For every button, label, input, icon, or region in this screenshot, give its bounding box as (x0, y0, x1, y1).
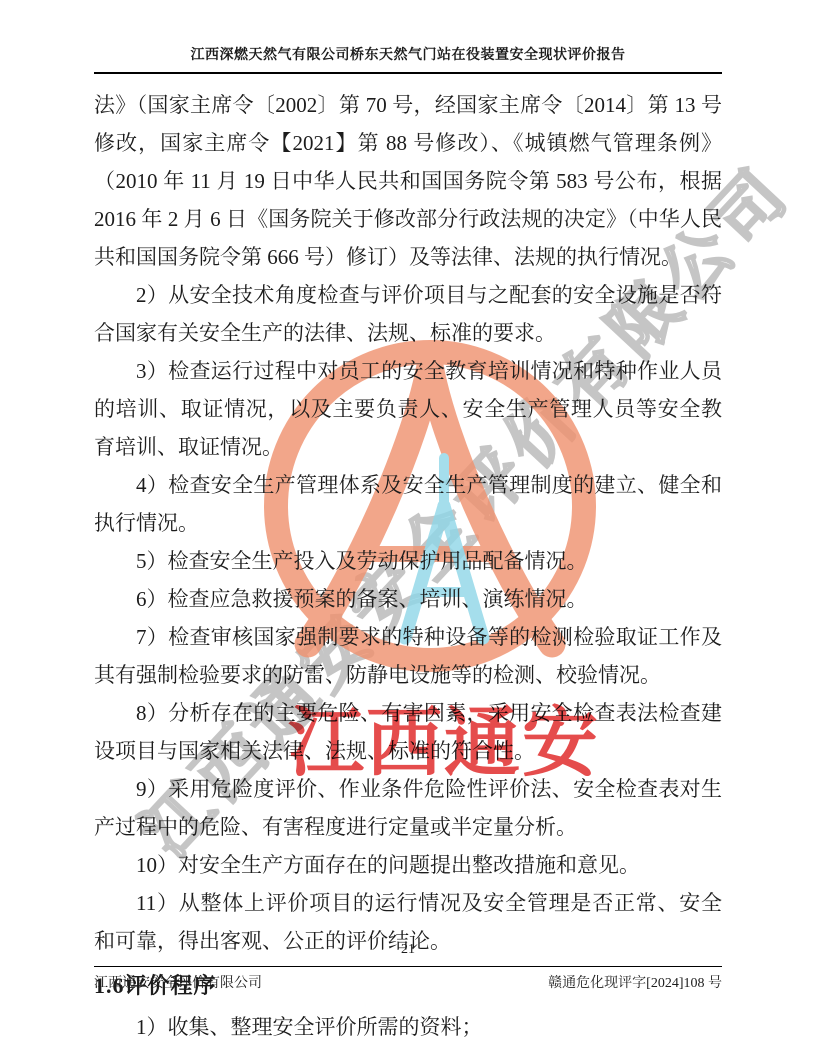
page-footer: 江西通安安全评价有限公司 赣通危化现评字[2024]108 号 (94, 966, 722, 992)
paragraph: 6）检查应急救援预案的备案、培训、演练情况。 (94, 580, 722, 618)
paragraph: 法》（国家主席令〔2002〕第 70 号，经国家主席令〔2014〕第 13 号修… (94, 86, 722, 276)
footer-document-number: 赣通危化现评字[2024]108 号 (548, 972, 722, 992)
paragraph: 10）对安全生产方面存在的问题提出整改措施和意见。 (94, 846, 722, 884)
paragraph: 5）检查安全生产投入及劳动保护用品配备情况。 (94, 542, 722, 580)
paragraph: 1）收集、整理安全评价所需的资料； (94, 1008, 722, 1046)
page-number: 21 (0, 942, 816, 958)
page-header-title: 江西深燃天然气有限公司桥东天然气门站在役装置安全现状评价报告 (94, 44, 722, 74)
body-content: 法》（国家主席令〔2002〕第 70 号，经国家主席令〔2014〕第 13 号修… (94, 86, 722, 1046)
paragraph: 7）检查审核国家强制要求的特种设备等的检测检验取证工作及其有强制检验要求的防雷、… (94, 618, 722, 694)
paragraph: 9）采用危险度评价、作业条件危险性评价法、安全检查表对生产过程中的危险、有害程度… (94, 770, 722, 846)
paragraph: 8）分析存在的主要危险、有害因素，采用安全检查表法检查建设项目与国家相关法律、法… (94, 694, 722, 770)
paragraph: 2）从安全技术角度检查与评价项目与之配套的安全设施是否符合国家有关安全生产的法律… (94, 276, 722, 352)
paragraph: 4）检查安全生产管理体系及安全生产管理制度的建立、健全和执行情况。 (94, 466, 722, 542)
paragraph: 3）检查运行过程中对员工的安全教育培训情况和特种作业人员的培训、取证情况，以及主… (94, 352, 722, 466)
footer-company-name: 江西通安安全评价有限公司 (94, 972, 262, 992)
